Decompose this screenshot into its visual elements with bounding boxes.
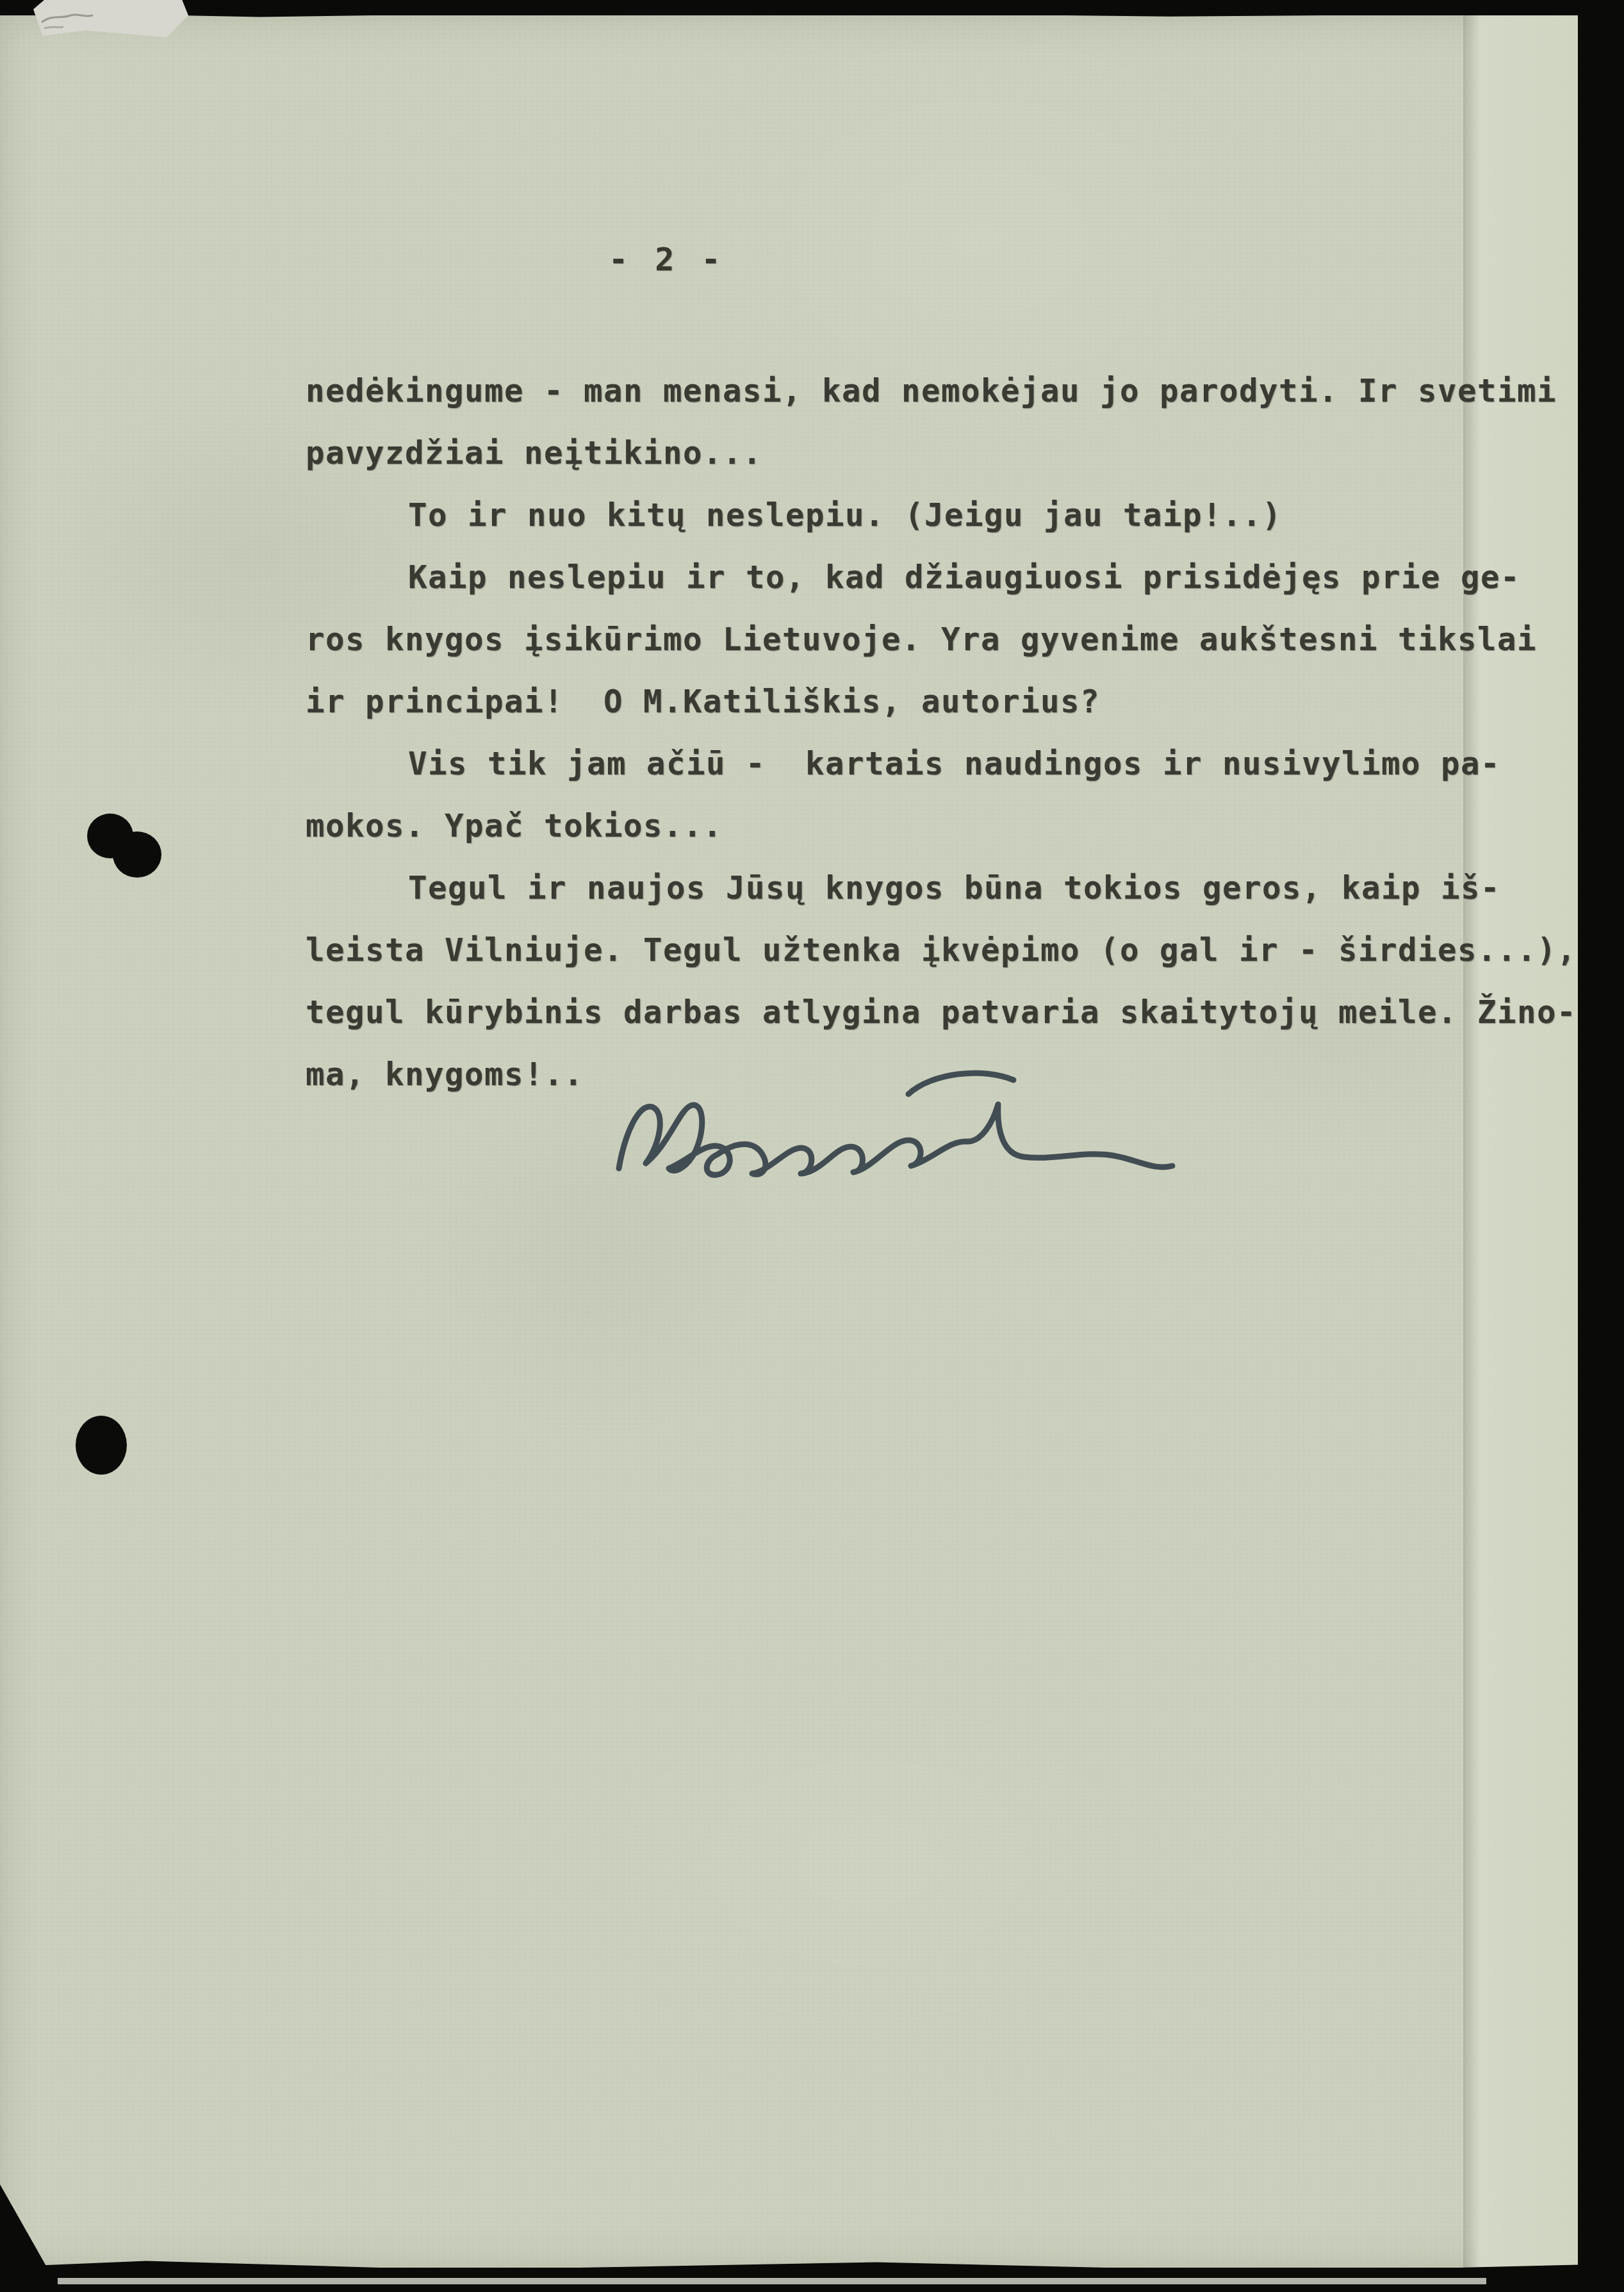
scan-bottom-paper-sliver [58,2278,1486,2284]
text-line: ir principai! O M.Katiliškis, autorius? [306,671,1587,733]
letter-body: nedėkingume - man menasi, kad nemokėjau … [306,360,1587,1106]
text-line: leista Vilniuje. Tegul užtenka įkvėpimo … [306,919,1587,981]
pencil-scribble [33,0,188,37]
paper-sheet: - 2 - nedėkingume - man menasi, kad nemo… [0,15,1579,2268]
text-line: To ir nuo kitų neslepiu. (Jeigu jau taip… [306,484,1587,546]
text-line: Kaip neslepiu ir to, kad džiaugiuosi pri… [306,546,1587,609]
text-line: Tegul ir naujos Jūsų knygos būna tokios … [306,857,1587,919]
page-number: - 2 - [609,241,725,278]
paper-fold-crease [1463,15,1579,2268]
text-line: Vis tik jam ačiū - kartais naudingos ir … [306,733,1587,795]
punch-hole-blob [113,831,161,878]
scanned-letter-page: - 2 - nedėkingume - man menasi, kad nemo… [0,0,1624,2292]
text-line: ros knygos įsikūrimo Lietuvoje. Yra gyve… [306,609,1587,671]
text-line: tegul kūrybinis darbas atlygina patvaria… [306,981,1587,1044]
signature-handwriting [609,1061,1211,1208]
punch-hole-bottom [76,1416,127,1475]
text-line: mokos. Ypač tokios... [306,795,1587,857]
text-line: pavyzdžiai neįtikino... [306,422,1587,484]
signature-main-stroke [619,1104,1172,1175]
torn-paper-fragment [33,0,188,37]
text-line: nedėkingume - man menasi, kad nemokėjau … [306,360,1587,422]
signature-flourish-bar [908,1073,1013,1094]
punch-hole-top [87,811,161,878]
punch-hole-blob [76,1416,127,1475]
scan-edge-right [1578,0,1624,2292]
